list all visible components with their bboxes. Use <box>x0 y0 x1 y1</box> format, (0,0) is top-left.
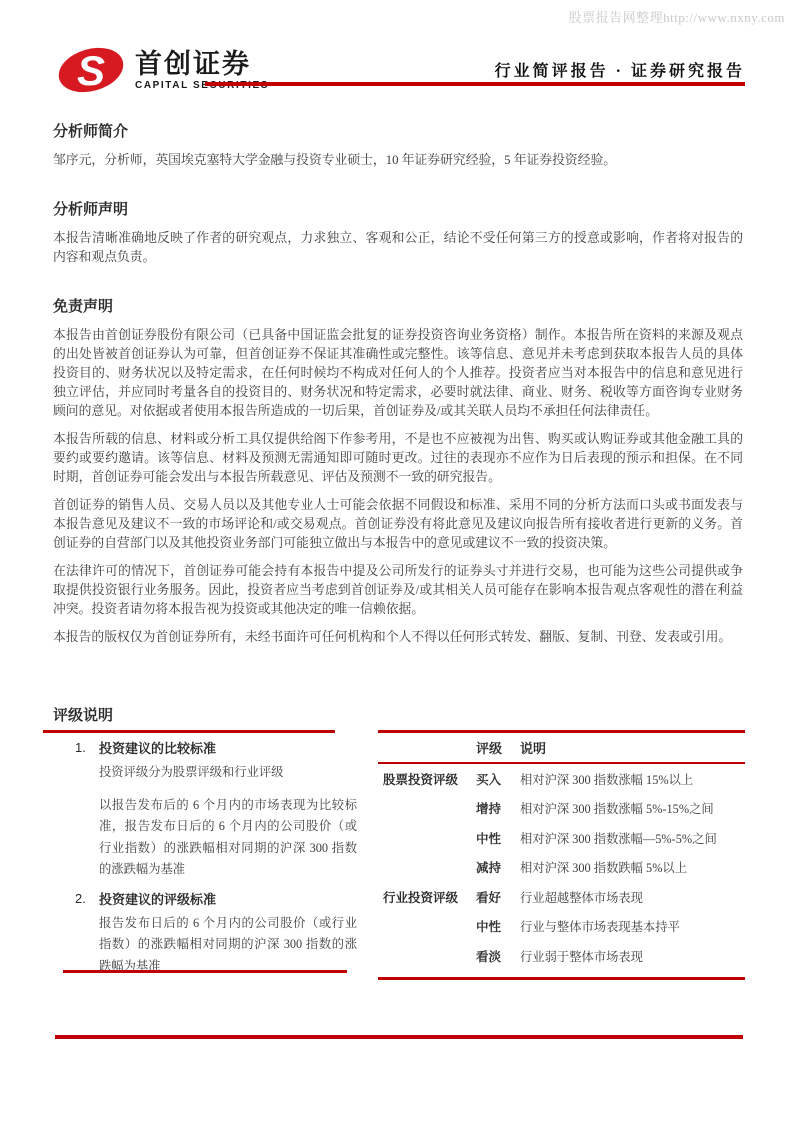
rating-cell: 中性 <box>476 829 520 847</box>
rating-cell: 减持 <box>476 858 520 876</box>
table-bottom-divider <box>378 977 745 980</box>
table-row: 减持 相对沪深 300 指数跌幅 5%以上 <box>378 853 745 883</box>
table-row: 看淡 行业弱于整体市场表现 <box>378 941 745 971</box>
svg-text:S: S <box>77 47 105 94</box>
header-cell-rating: 评级 <box>476 738 520 757</box>
rating-title-underline <box>43 730 335 733</box>
report-page: 股票报告网整理http://www.nxny.com S 首创证券 CAPITA… <box>0 0 793 1122</box>
group-label: 行业投资评级 <box>378 888 476 906</box>
table-row: 中性 相对沪深 300 指数涨幅—5%-5%之间 <box>378 823 745 853</box>
desc-cell: 相对沪深 300 指数涨幅—5%-5%之间 <box>520 829 745 847</box>
table-row: 中性 行业与整体市场表现基本持平 <box>378 912 745 942</box>
section-rating-explanation: 评级说明 1. 投资建议的比较标准 投资评级分为股票评级和行业评级 以报告发布后… <box>53 704 745 984</box>
rating-cell: 增持 <box>476 799 520 817</box>
logo-name-cn: 首创证券 <box>135 49 269 79</box>
report-type-label: 行业简评报告 · 证券研究报告 <box>495 58 745 81</box>
rating-note-item: 1. 投资建议的比较标准 投资评级分为股票评级和行业评级 以报告发布后的 6 个… <box>75 740 357 881</box>
note-number: 1. <box>75 740 99 881</box>
note-text: 以报告发布后的 6 个月内的市场表现为比较标准，报告发布日后的 6 个月内的公司… <box>99 795 357 881</box>
note-text: 投资评级分为股票评级和行业评级 <box>99 762 357 784</box>
rating-section-title: 评级说明 <box>53 704 745 725</box>
paragraph: 本报告的版权仅为首创证券所有，未经书面许可任何机构和个人不得以任何形式转发、翻版… <box>53 628 743 647</box>
table-row: 股票投资评级 买入 相对沪深 300 指数涨幅 15%以上 <box>378 764 745 794</box>
section-disclaimer: 免责声明 本报告由首创证券股份有限公司（已具备中国证监会批复的证券投资咨询业务资… <box>53 297 743 647</box>
rating-notes: 1. 投资建议的比较标准 投资评级分为股票评级和行业评级 以报告发布后的 6 个… <box>75 740 357 987</box>
section-title: 免责声明 <box>53 297 743 317</box>
paragraph: 在法律许可的情况下，首创证券可能会持有本报告中提及公司所发行的证券头寸并进行交易… <box>53 562 743 619</box>
section-analyst-intro: 分析师简介 邹序元，分析师，英国埃克塞特大学金融与投资专业硕士，10 年证券研究… <box>53 122 743 170</box>
note-body: 投资建议的比较标准 投资评级分为股票评级和行业评级 以报告发布后的 6 个月内的… <box>99 740 357 881</box>
desc-cell: 相对沪深 300 指数跌幅 5%以上 <box>520 858 745 876</box>
footer-divider <box>55 1035 743 1039</box>
notes-bottom-divider <box>63 970 347 973</box>
rating-cell: 看淡 <box>476 947 520 965</box>
paragraph: 本报告所载的信息、材料或分析工具仅提供给阁下作参考用，不是也不应被视为出售、购买… <box>53 430 743 487</box>
section-title: 分析师声明 <box>53 200 743 220</box>
rating-table: 评级 说明 股票投资评级 买入 相对沪深 300 指数涨幅 15%以上 增持 相… <box>378 730 745 980</box>
note-number: 2. <box>75 891 99 978</box>
capital-securities-logo-icon: S <box>55 46 127 94</box>
note-title: 投资建议的评级标准 <box>99 891 357 909</box>
rating-note-item: 2. 投资建议的评级标准 报告发布日后的 6 个月内的公司股价（或行业指数）的涨… <box>75 891 357 978</box>
paragraph: 本报告由首创证券股份有限公司（已具备中国证监会批复的证券投资咨询业务资格）制作。… <box>53 326 743 421</box>
desc-cell: 行业与整体市场表现基本持平 <box>520 917 745 935</box>
paragraph: 本报告清晰准确地反映了作者的研究观点，力求独立、客观和公正，结论不受任何第三方的… <box>53 229 743 267</box>
header-cell-desc: 说明 <box>520 738 745 757</box>
note-body: 投资建议的评级标准 报告发布日后的 6 个月内的公司股价（或行业指数）的涨跌幅相… <box>99 891 357 978</box>
section-title: 分析师简介 <box>53 122 743 142</box>
table-row: 行业投资评级 看好 行业超越整体市场表现 <box>378 882 745 912</box>
group-label: 股票投资评级 <box>378 770 476 788</box>
company-logo: S 首创证券 CAPITAL SECURITIES <box>55 46 269 94</box>
header-divider <box>205 82 745 86</box>
watermark-text: 股票报告网整理http://www.nxny.com <box>569 7 785 26</box>
desc-cell: 相对沪深 300 指数涨幅 15%以上 <box>520 770 745 788</box>
paragraph: 首创证券的销售人员、交易人员以及其他专业人士可能会依据不同假设和标准、采用不同的… <box>53 496 743 553</box>
rating-cell: 看好 <box>476 888 520 906</box>
table-row: 增持 相对沪深 300 指数涨幅 5%-15%之间 <box>378 794 745 824</box>
main-content: 分析师简介 邹序元，分析师，英国埃克塞特大学金融与投资专业硕士，10 年证券研究… <box>53 122 743 671</box>
desc-cell: 行业弱于整体市场表现 <box>520 947 745 965</box>
rating-table-header: 评级 说明 <box>378 733 745 764</box>
note-title: 投资建议的比较标准 <box>99 740 357 758</box>
desc-cell: 行业超越整体市场表现 <box>520 888 745 906</box>
rating-cell: 中性 <box>476 917 520 935</box>
note-text: 报告发布日后的 6 个月内的公司股价（或行业指数）的涨跌幅相对同期的沪深 300… <box>99 913 357 978</box>
desc-cell: 相对沪深 300 指数涨幅 5%-15%之间 <box>520 799 745 817</box>
paragraph: 邹序元，分析师，英国埃克塞特大学金融与投资专业硕士，10 年证券研究经验，5 年… <box>53 151 743 170</box>
rating-cell: 买入 <box>476 770 520 788</box>
section-analyst-statement: 分析师声明 本报告清晰准确地反映了作者的研究观点，力求独立、客观和公正，结论不受… <box>53 200 743 267</box>
